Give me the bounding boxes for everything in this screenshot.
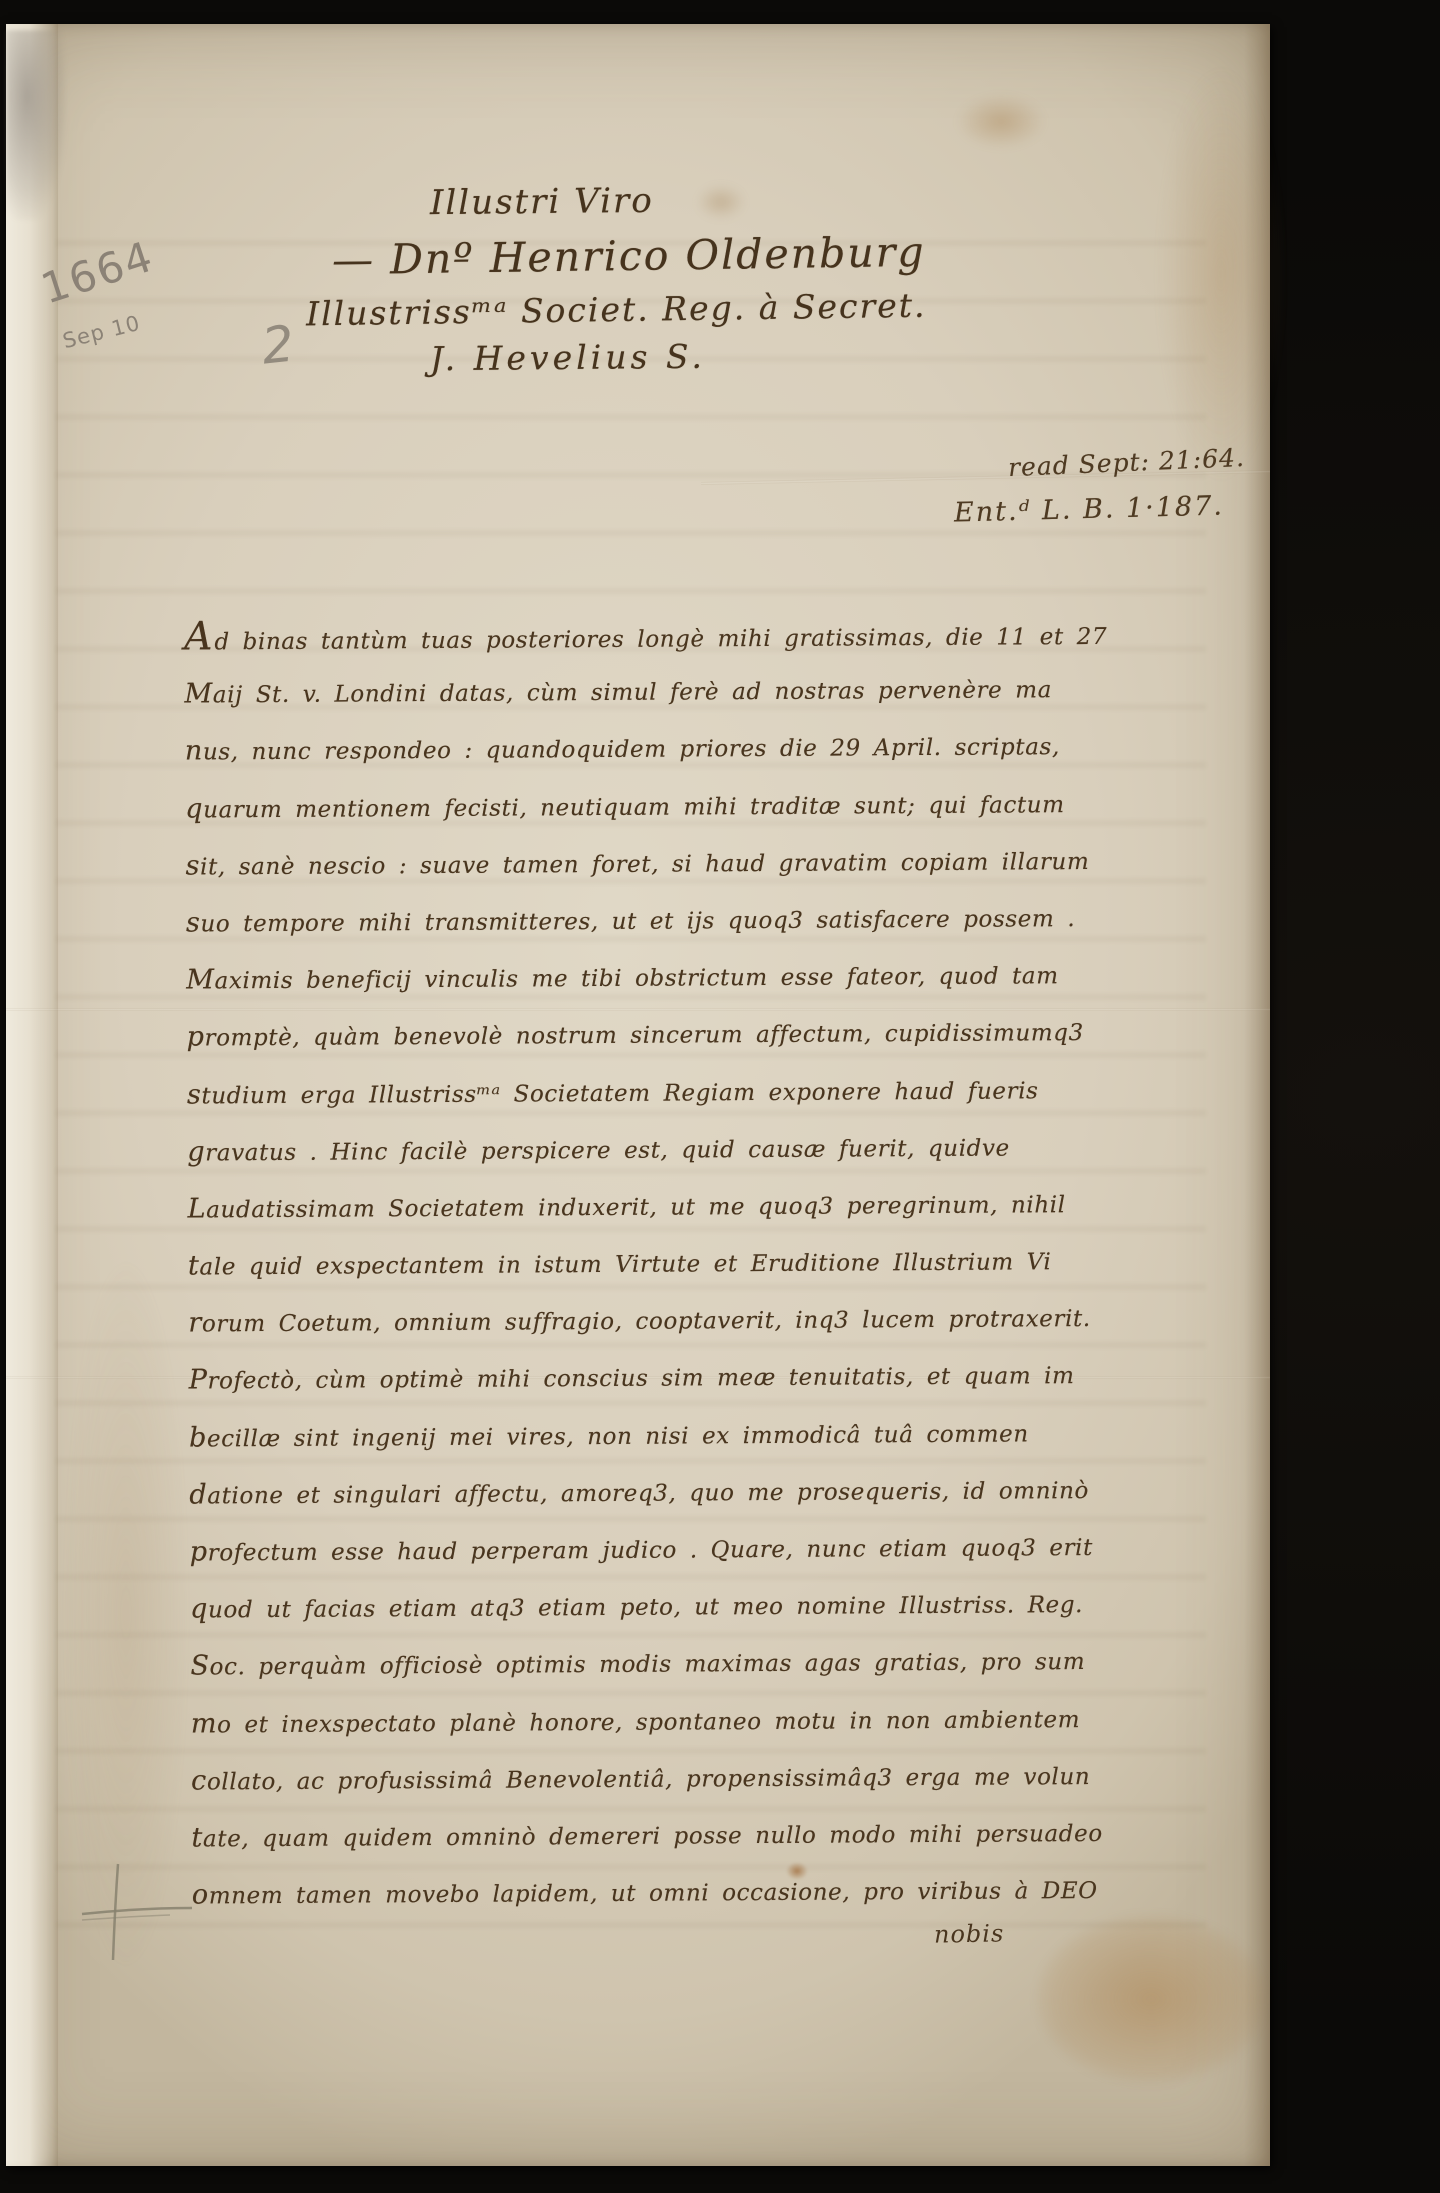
letter-body-line: Soc. perquàm officiosè optimis modis max… [190, 1637, 1012, 1699]
stain [696, 184, 746, 220]
catchword: nobis [934, 1919, 1005, 1948]
scan-background: 1664 Sep 10 2 Illustri Viro — Dnº Henric… [0, 0, 1440, 2193]
letter-body-line: nus, nunc respondeo : quandoquidem prior… [185, 722, 1007, 784]
binding-edge [6, 24, 58, 2166]
letter-body-line: tate, quam quidem omninò demereri posse … [191, 1808, 1013, 1870]
letter-body-line: rorum Coetum, omnium suffragio, cooptave… [188, 1294, 1010, 1356]
stain [956, 94, 1046, 149]
binding-smudge [6, 30, 66, 220]
letter-body-line: collato, ac profusissimâ Benevolentiâ, p… [191, 1751, 1013, 1813]
letter-body-line: promptè, quàm benevolè nostrum sincerum … [186, 1008, 1008, 1070]
letter-body-line: gravatus . Hinc facilè perspicere est, q… [187, 1122, 1009, 1184]
letter-body-line: sit, sanè nescio : suave tamen foret, si… [185, 836, 1007, 898]
letter-body-line: studium erga Illustrissᵐᵃ Societatem Reg… [187, 1065, 1009, 1127]
sender-signature-line: J. Hevelius S. [430, 337, 706, 378]
address-line-recipient: — Dnº Henrico Oldenburg [332, 228, 926, 284]
stain [66, 1264, 186, 1964]
letter-body-line: datione et singulari affectu, amoreq3, q… [189, 1465, 1011, 1527]
letter-body-line: suo tempore mihi transmitteres, ut et ij… [186, 893, 1008, 955]
letter-body: Ad binas tantùm tuas posteriores longè m… [184, 608, 1014, 1928]
stain [1036, 1914, 1266, 2084]
letter-body-line: Maximis beneficij vinculis me tibi obstr… [186, 951, 1008, 1013]
letter-body-line: tale quid exspectantem in istum Virtute … [188, 1237, 1010, 1299]
letter-body-line: Ad binas tantùm tuas posteriores longè m… [184, 608, 1006, 670]
pencil-cross-mark [80, 1862, 200, 1962]
pencil-number-note: 2 [259, 314, 297, 375]
letter-body-line: quod ut facias etiam atq3 etiam peto, ut… [190, 1580, 1012, 1642]
letter-body-line: profectum esse haud perperam judico . Qu… [190, 1522, 1012, 1584]
letter-body-line: Profectò, cùm optimè mihi conscius sim m… [189, 1351, 1011, 1413]
letter-body-line: Laudatissimam Societatem induxerit, ut m… [187, 1179, 1009, 1241]
address-line-illustri-viro: Illustri Viro [430, 181, 654, 223]
manuscript-page: 1664 Sep 10 2 Illustri Viro — Dnº Henric… [6, 24, 1270, 2166]
letter-body-line: omnem tamen movebo lapidem, ut omni occa… [192, 1866, 1014, 1928]
letter-body-line: Maij St. v. Londini datas, cùm simul fer… [184, 665, 1006, 727]
letter-body-line: mo et inexspectato planè honore, spontan… [191, 1694, 1013, 1756]
letter-body-line: becillæ sint ingenij mei vires, non nisi… [189, 1408, 1011, 1470]
stain [1156, 64, 1286, 484]
letter-body-line: quarum mentionem fecisti, neutiquam mihi… [185, 779, 1007, 841]
